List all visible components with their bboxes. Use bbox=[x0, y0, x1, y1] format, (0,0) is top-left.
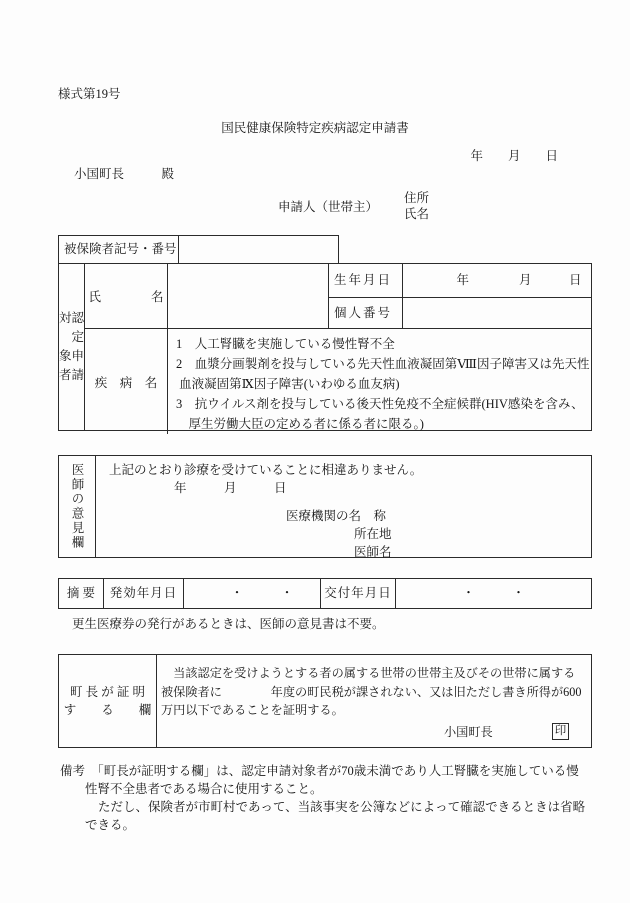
disease-line: 厚生労働大臣の定める者に係る者に限る。) bbox=[176, 414, 589, 434]
disease-line: 血液凝固第Ⅸ因子障害(いわゆる血友病) bbox=[176, 374, 589, 394]
applicant-line: 申請人（世帯主） 住所 氏名 bbox=[278, 190, 429, 222]
remarks-block: 備考 「町長が証明する欄」は、認定申請対象者が70歳未満であり人工腎臓を実施して… bbox=[60, 762, 585, 834]
remarks-line: 性腎不全患者である場合に使用すること。 bbox=[85, 780, 585, 798]
mayor-cert-label-line: す る 欄 bbox=[64, 701, 152, 719]
issue-date-value: ・ ・ bbox=[396, 579, 591, 608]
birth-date-value: 年 月 日 bbox=[403, 264, 591, 297]
addressee-line: 小国町長 殿 bbox=[74, 164, 174, 182]
mayor-signature-row: 小国町長 印 bbox=[161, 723, 591, 742]
subject-vertical-label-row: 者請 bbox=[59, 366, 84, 385]
subject-vertical-label-row: 定 bbox=[59, 328, 84, 347]
disease-list: 1 人工腎臓を実施している慢性腎不全 2 血漿分画製剤を投与している先天性血液凝… bbox=[168, 329, 591, 434]
birth-personal-col: 生年月日 年 月 日 個人番号 bbox=[329, 264, 591, 328]
seal-mark: 印 bbox=[552, 723, 569, 740]
medical-org-name-label: 医療機関の名 称 bbox=[286, 507, 591, 525]
medical-org-address-label: 所在地 bbox=[354, 525, 591, 543]
medical-ticket-note: 更生医療券の発行があるときは、医師の意見書は不要。 bbox=[72, 614, 385, 632]
doctor-date-line: 年 月 日 bbox=[174, 479, 591, 497]
remarks-line: できる。 bbox=[85, 816, 585, 834]
personal-number-value bbox=[403, 298, 591, 328]
applicant-label: 申請人（世帯主） bbox=[278, 197, 378, 215]
applicant-contact-labels: 住所 氏名 bbox=[404, 190, 429, 222]
doctor-opinion-table: 医師の意見欄 上記のとおり診療を受けていることに相違ありません。 年 月 日 医… bbox=[58, 455, 592, 558]
personal-number-label: 個人番号 bbox=[329, 298, 403, 328]
effective-date-value: ・ ・ bbox=[184, 579, 321, 608]
subject-table: 対認 定 象申 者請 氏 名 生年月日 年 月 日 個人番号 bbox=[58, 263, 592, 431]
mayor-signature: 小国町長 bbox=[444, 723, 493, 742]
name-value bbox=[168, 264, 329, 328]
doctor-opinion-content: 上記のとおり診療を受けていることに相違ありません。 年 月 日 医療機関の名 称… bbox=[96, 456, 591, 557]
name-row: 氏 名 生年月日 年 月 日 個人番号 bbox=[85, 264, 591, 329]
summary-label: 摘 要 bbox=[59, 579, 104, 608]
remarks-line: ただし、保険者が市町村であって、当該事実を公簿などによって確認できるときは省略 bbox=[98, 798, 585, 816]
mayor-cert-body-line: 万円以下であることを証明する。 bbox=[161, 701, 591, 720]
birth-date-label: 生年月日 bbox=[329, 264, 403, 297]
disease-label: 疾 病 名 bbox=[85, 329, 168, 434]
personal-number-row: 個人番号 bbox=[329, 298, 591, 328]
insured-symbol-row: 被保険者記号・番号 bbox=[58, 235, 339, 264]
disease-row: 疾 病 名 1 人工腎臓を実施している慢性腎不全 2 血漿分画製剤を投与している… bbox=[85, 329, 591, 434]
application-form-page: 様式第19号 国民健康保険特定疾病認定申請書 年 月 日 小国町長 殿 申請人（… bbox=[0, 0, 630, 903]
form-title: 国民健康保険特定疾病認定申請書 bbox=[0, 118, 630, 136]
mayor-cert-body-line: 当該認定を受けようとする者の属する世帯の世帯主及びその世帯に属する bbox=[161, 664, 591, 683]
name-label: 氏 名 bbox=[85, 264, 168, 328]
subject-vertical-label-row: 対認 bbox=[59, 309, 84, 328]
doctor-name-label: 医師名 bbox=[354, 543, 591, 561]
birth-row: 生年月日 年 月 日 bbox=[329, 264, 591, 298]
date-line: 年 月 日 bbox=[470, 146, 558, 164]
mayor-cert-label-line: 町 長 が 証 明 bbox=[70, 683, 145, 701]
mayor-cert-content: 当該認定を受けようとする者の属する世帯の世帯主及びその世帯に属する 被保険者に … bbox=[157, 655, 591, 747]
mayor-cert-body-line: 被保険者に 年度の町民税が課されない、又は旧ただし書き所得が600 bbox=[161, 683, 591, 702]
effective-date-label: 発効年月日 bbox=[104, 579, 184, 608]
doctor-statement: 上記のとおり診療を受けていることに相違ありません。 bbox=[109, 461, 591, 479]
disease-line: 1 人工腎臓を実施している慢性腎不全 bbox=[176, 334, 589, 354]
remarks-line: 備考 「町長が証明する欄」は、認定申請対象者が70歳未満であり人工腎臓を実施して… bbox=[60, 762, 585, 780]
disease-line: 3 抗ウイルス剤を投与している後天性免疫不全症候群(HIV感染を含み、 bbox=[176, 394, 589, 414]
subject-table-body: 氏 名 生年月日 年 月 日 個人番号 疾 病 名 1 人工腎 bbox=[85, 264, 591, 430]
subject-vertical-label: 対認 定 象申 者請 bbox=[59, 264, 85, 430]
mayor-cert-label: 町 長 が 証 明 す る 欄 bbox=[59, 655, 157, 747]
applicant-name-label: 氏名 bbox=[404, 207, 429, 221]
summary-table: 摘 要 発効年月日 ・ ・ 交付年月日 ・ ・ bbox=[58, 578, 592, 609]
issue-date-label: 交付年月日 bbox=[321, 579, 396, 608]
disease-line: 2 血漿分画製剤を投与している先天性血液凝固第Ⅷ因子障害又は先天性 bbox=[176, 354, 589, 374]
mayor-cert-table: 町 長 が 証 明 す る 欄 当該認定を受けようとする者の属する世帯の世帯主及… bbox=[58, 654, 592, 748]
applicant-address-label: 住所 bbox=[404, 191, 429, 205]
form-number: 様式第19号 bbox=[58, 84, 121, 102]
insured-symbol-value bbox=[179, 236, 338, 264]
subject-vertical-label-row: 象申 bbox=[59, 347, 84, 366]
insured-symbol-label: 被保険者記号・番号 bbox=[59, 236, 179, 264]
doctor-opinion-vertical-label: 医師の意見欄 bbox=[59, 456, 96, 557]
